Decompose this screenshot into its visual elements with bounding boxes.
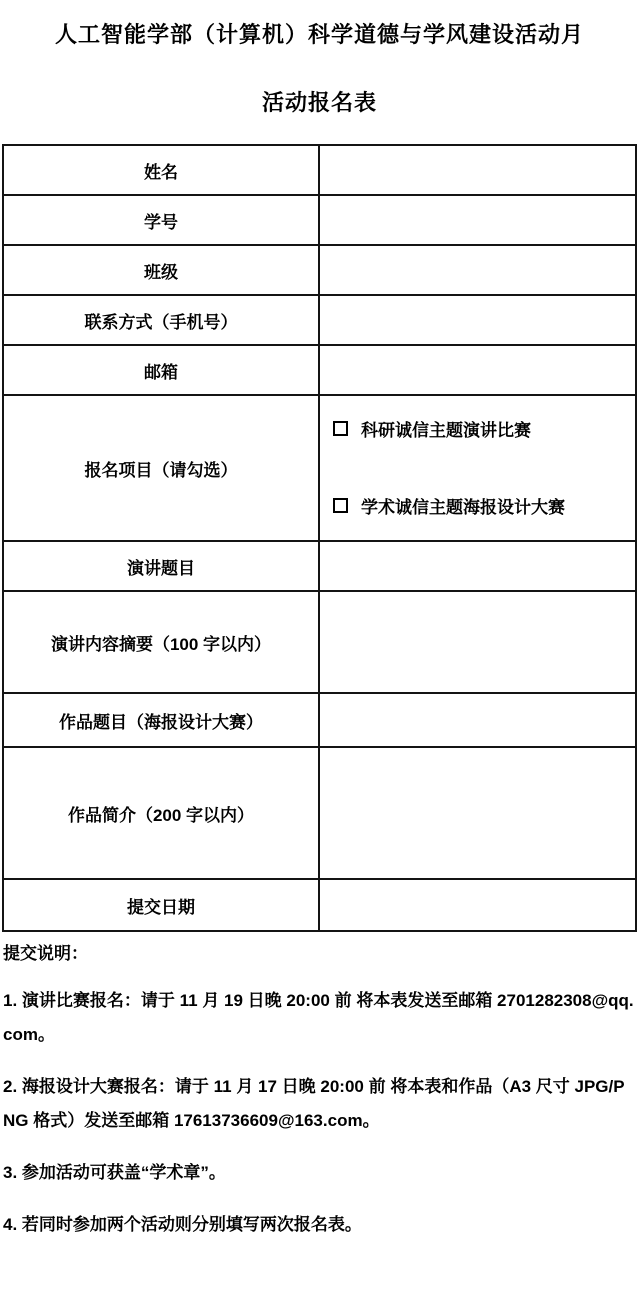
student-id-field[interactable] bbox=[320, 196, 635, 244]
speech-abstract-field[interactable] bbox=[320, 592, 635, 692]
student-id-label: 学号 bbox=[4, 196, 320, 244]
table-row-event-selection: 报名项目（请勾选） 科研诚信主题演讲比赛 学术诚信主题海报设计大赛 bbox=[4, 396, 635, 542]
table-row-work-title: 作品题目（海报设计大赛） bbox=[4, 694, 635, 748]
note-two-forms: 4. 若同时参加两个活动则分别填写两次报名表。 bbox=[3, 1208, 635, 1242]
phone-field[interactable] bbox=[320, 296, 635, 344]
speech-title-label: 演讲题目 bbox=[4, 542, 320, 590]
submit-date-label: 提交日期 bbox=[4, 880, 320, 930]
document-page: 人工智能学部（计算机）科学道德与学风建设活动月 活动报名表 姓名 学号 班级 联… bbox=[0, 0, 639, 1292]
speech-title-field[interactable] bbox=[320, 542, 635, 590]
speech-abstract-label: 演讲内容摘要（100 字以内） bbox=[4, 592, 320, 692]
work-intro-label: 作品简介（200 字以内） bbox=[4, 748, 320, 878]
page-title: 人工智能学部（计算机）科学道德与学风建设活动月 bbox=[0, 0, 639, 48]
class-field[interactable] bbox=[320, 246, 635, 294]
work-intro-field[interactable] bbox=[320, 748, 635, 878]
option-speech-contest-label: 科研诚信主题演讲比赛 bbox=[361, 416, 531, 441]
checkbox-icon[interactable] bbox=[333, 498, 348, 513]
work-title-label: 作品题目（海报设计大赛） bbox=[4, 694, 320, 746]
registration-form-table: 姓名 学号 班级 联系方式（手机号） 邮箱 报名项目（请勾选） 科研诚信主题演讲… bbox=[2, 144, 637, 932]
submit-date-field[interactable] bbox=[320, 880, 635, 930]
phone-label: 联系方式（手机号） bbox=[4, 296, 320, 344]
table-row-class: 班级 bbox=[4, 246, 635, 296]
note-stamp: 3. 参加活动可获盖“学术章”。 bbox=[3, 1156, 635, 1190]
email-label: 邮箱 bbox=[4, 346, 320, 394]
checkbox-icon[interactable] bbox=[333, 421, 348, 436]
table-row-work-intro: 作品简介（200 字以内） bbox=[4, 748, 635, 880]
name-label: 姓名 bbox=[4, 146, 320, 194]
table-row-speech-abstract: 演讲内容摘要（100 字以内） bbox=[4, 592, 635, 694]
table-row-student-id: 学号 bbox=[4, 196, 635, 246]
table-row-name: 姓名 bbox=[4, 146, 635, 196]
option-speech-contest[interactable]: 科研诚信主题演讲比赛 bbox=[333, 416, 635, 441]
submission-notes: 提交说明： 1. 演讲比赛报名：请于 11 月 19 日晚 20:00 前 将本… bbox=[3, 942, 635, 1242]
option-poster-contest[interactable]: 学术诚信主题海报设计大赛 bbox=[333, 493, 635, 518]
event-selection-label: 报名项目（请勾选） bbox=[4, 396, 320, 540]
table-row-phone: 联系方式（手机号） bbox=[4, 296, 635, 346]
note-speech-deadline: 1. 演讲比赛报名：请于 11 月 19 日晚 20:00 前 将本表发送至邮箱… bbox=[3, 984, 635, 1052]
notes-heading: 提交说明： bbox=[3, 942, 635, 966]
table-row-speech-title: 演讲题目 bbox=[4, 542, 635, 592]
email-field[interactable] bbox=[320, 346, 635, 394]
option-poster-contest-label: 学术诚信主题海报设计大赛 bbox=[361, 493, 565, 518]
name-field[interactable] bbox=[320, 146, 635, 194]
class-label: 班级 bbox=[4, 246, 320, 294]
table-row-email: 邮箱 bbox=[4, 346, 635, 396]
work-title-field[interactable] bbox=[320, 694, 635, 746]
note-poster-deadline: 2. 海报设计大赛报名：请于 11 月 17 日晚 20:00 前 将本表和作品… bbox=[3, 1070, 635, 1138]
page-subtitle: 活动报名表 bbox=[0, 90, 639, 116]
event-options: 科研诚信主题演讲比赛 学术诚信主题海报设计大赛 bbox=[320, 396, 635, 540]
table-row-submit-date: 提交日期 bbox=[4, 880, 635, 930]
